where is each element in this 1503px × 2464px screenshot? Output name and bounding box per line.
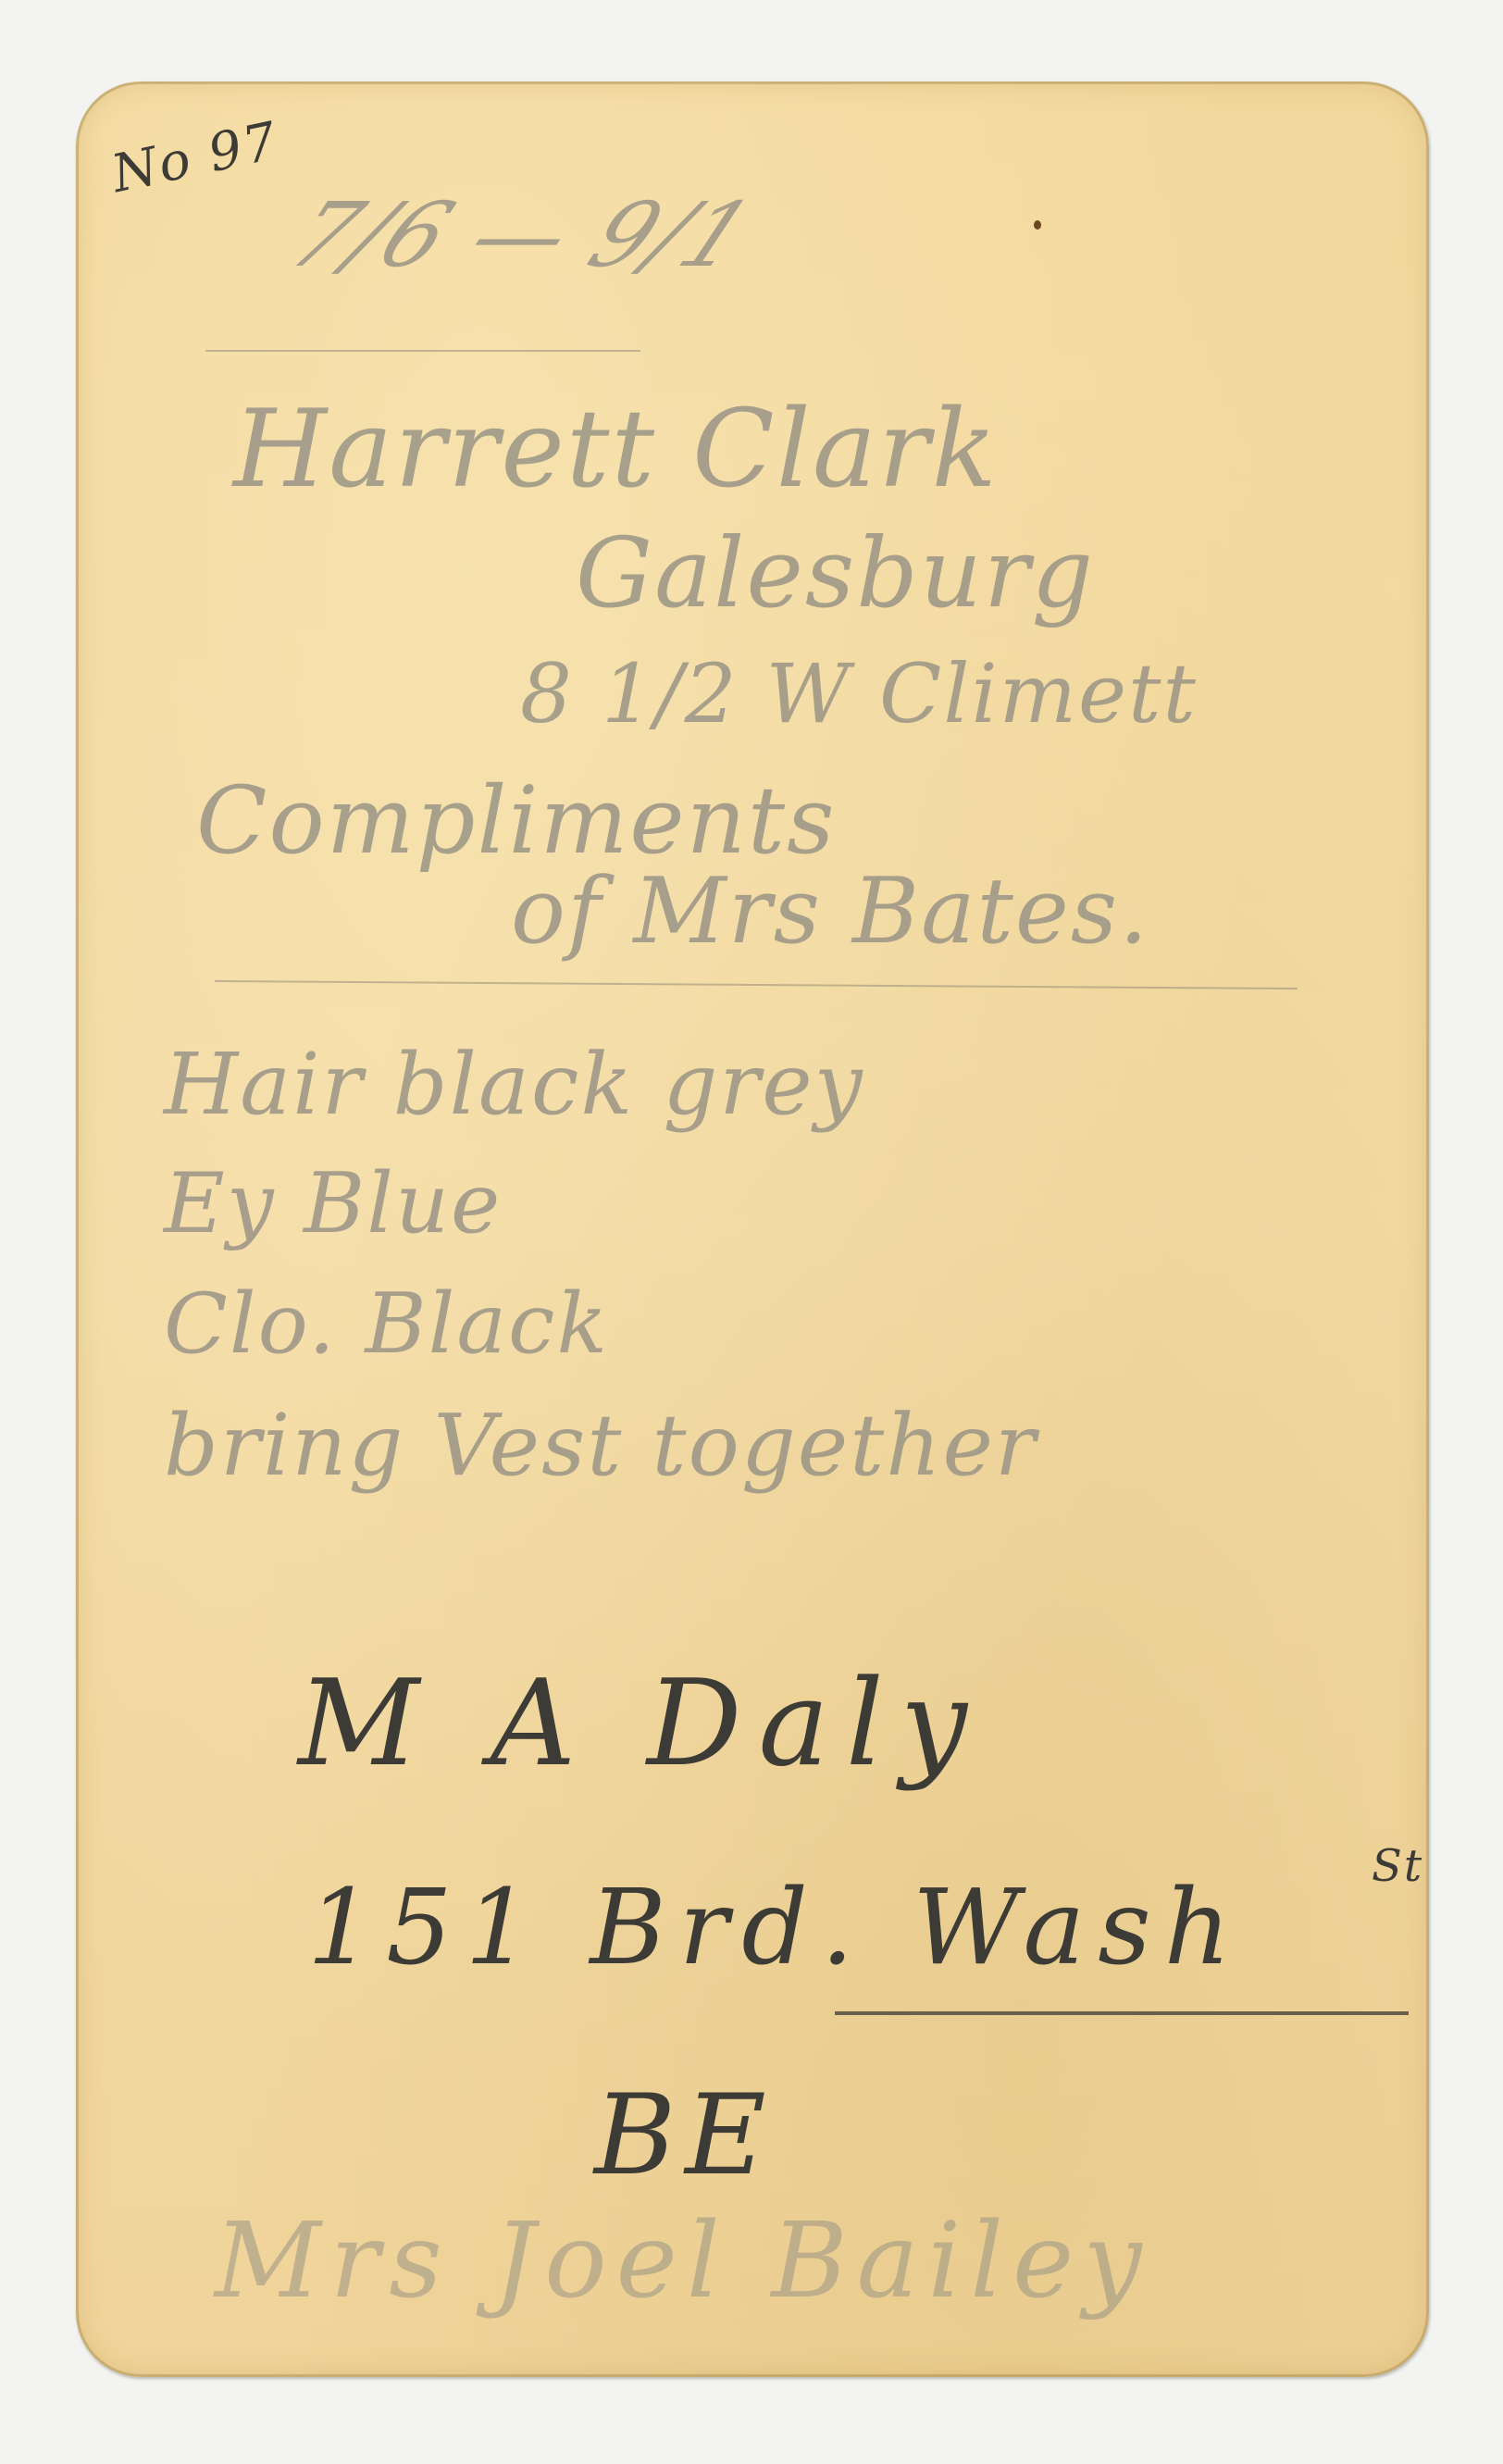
name-line: Harrett Clark [233, 387, 999, 512]
bottom-faint-name: Mrs Joel Bailey [215, 2201, 1151, 2321]
divider-middle [215, 980, 1298, 989]
hair-line: Hair black grey [164, 1035, 864, 1134]
client-initials: BE [594, 2072, 776, 2200]
photo-card-back: No 97 7/6 — 9/1 Harrett Clark Galesburg … [76, 81, 1429, 2377]
instruction-line: bring Vest together [164, 1396, 1037, 1495]
client-address: 151 Brd. Wash [307, 1868, 1244, 1988]
eyes-line: Ey Blue [164, 1155, 502, 1252]
street-line: 8 1/2 W Climett [520, 646, 1198, 741]
client-name: M A Daly [298, 1655, 984, 1793]
compliments-line-2: of Mrs Bates. [511, 859, 1149, 964]
clothes-line: Clo. Black [164, 1276, 609, 1373]
stain-spot [1034, 220, 1041, 230]
address-underline [835, 2011, 1409, 2015]
top-marks: 7/6 — 9/1 [274, 183, 770, 287]
city-line: Galesburg [576, 516, 1095, 629]
client-address-suffix: St [1372, 1840, 1423, 1892]
divider-top [205, 350, 640, 352]
card-number: No 97 [106, 111, 283, 205]
